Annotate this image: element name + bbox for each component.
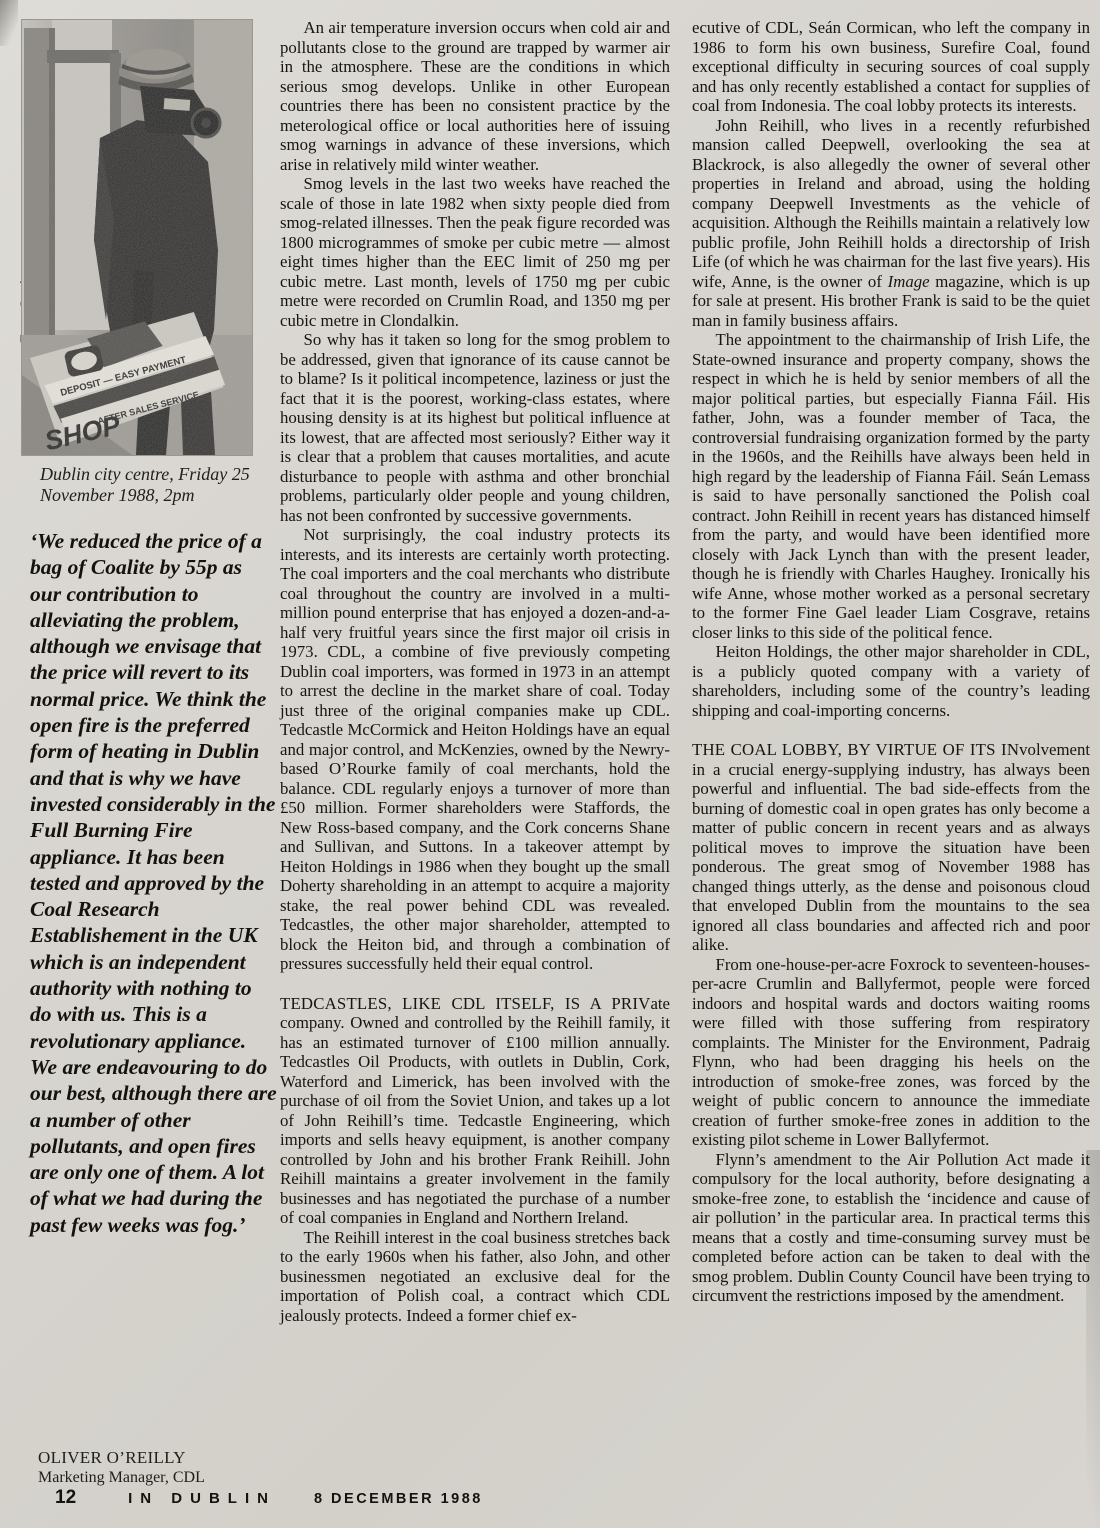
paragraph: The appointment to the chairmanship of I… [692,330,1090,642]
issue-date: 8 DECEMBER 1988 [314,1491,483,1507]
paragraph: Flynn’s amendment to the Air Pollution A… [692,1150,1090,1306]
paragraph: Heiton Holdings, the other major shareho… [692,642,1090,720]
text-run: John Reihill, who lives in a recently re… [692,116,1090,291]
paragraph: John Reihill, who lives in a recently re… [692,116,1090,331]
article-column-middle: An air temperature inversion occurs when… [280,18,670,1325]
paragraph: ecutive of CDL, Seán Cormican, who left … [692,18,1090,116]
section-rest: ate company. Owned and controlled by the… [280,994,670,1228]
mask-visor [164,98,191,111]
italic-magazine-title: Image [888,272,930,291]
paragraph: From one-house-per-acre Foxrock to seven… [692,955,1090,1150]
news-photo: DEPOSIT — EASY PAYMENT SHOP AFTER SALES … [22,20,252,455]
page-number: 12 [55,1487,76,1509]
section-rest: volvement in a crucial energy-supplying … [692,740,1090,954]
section-lead: THE COAL LOBBY, BY VIRTUE OF ITS IN [692,740,1019,759]
section-paragraph: THE COAL LOBBY, BY VIRTUE OF ITS INvolve… [692,740,1090,955]
magazine-name: IN DUBLIN [128,1490,276,1507]
paragraph: So why has it taken so long for the smog… [280,330,670,525]
paragraph: An air temperature inversion occurs when… [280,18,670,174]
section-paragraph: TEDCASTLES, LIKE CDL ITSELF, IS A PRIVat… [280,994,670,1228]
quote-attribution: OLIVER O’REILLY Marketing Manager, CDL [38,1448,278,1488]
scan-corner-shade [0,0,18,46]
gas-mask-photo-illustration: DEPOSIT — EASY PAYMENT SHOP AFTER SALES … [22,20,252,455]
magazine-page: Tony Gavin [0,0,1100,1528]
pull-quote: ‘We reduced the price of a bag of Coalit… [30,528,278,1238]
attribution-name: OLIVER O’REILLY [38,1448,278,1468]
paragraph: Not surprisingly, the coal industry prot… [280,525,670,974]
attribution-title: Marketing Manager, CDL [38,1468,278,1488]
caption-line1: Dublin city centre, Friday 25 [40,464,250,484]
section-lead: TEDCASTLES, LIKE CDL ITSELF, IS A PRIV [280,994,650,1013]
paragraph: Smog levels in the last two weeks have r… [280,174,670,330]
caption-line2: November 1988, 2pm [40,485,194,505]
page-footer: 12 IN DUBLIN 8 DECEMBER 1988 [55,1487,955,1509]
article-column-right: ecutive of CDL, Seán Cormican, who left … [692,18,1090,1306]
paragraph: The Reihill interest in the coal busines… [280,1228,670,1326]
photo-caption: Dublin city centre, Friday 25 November 1… [40,464,265,506]
